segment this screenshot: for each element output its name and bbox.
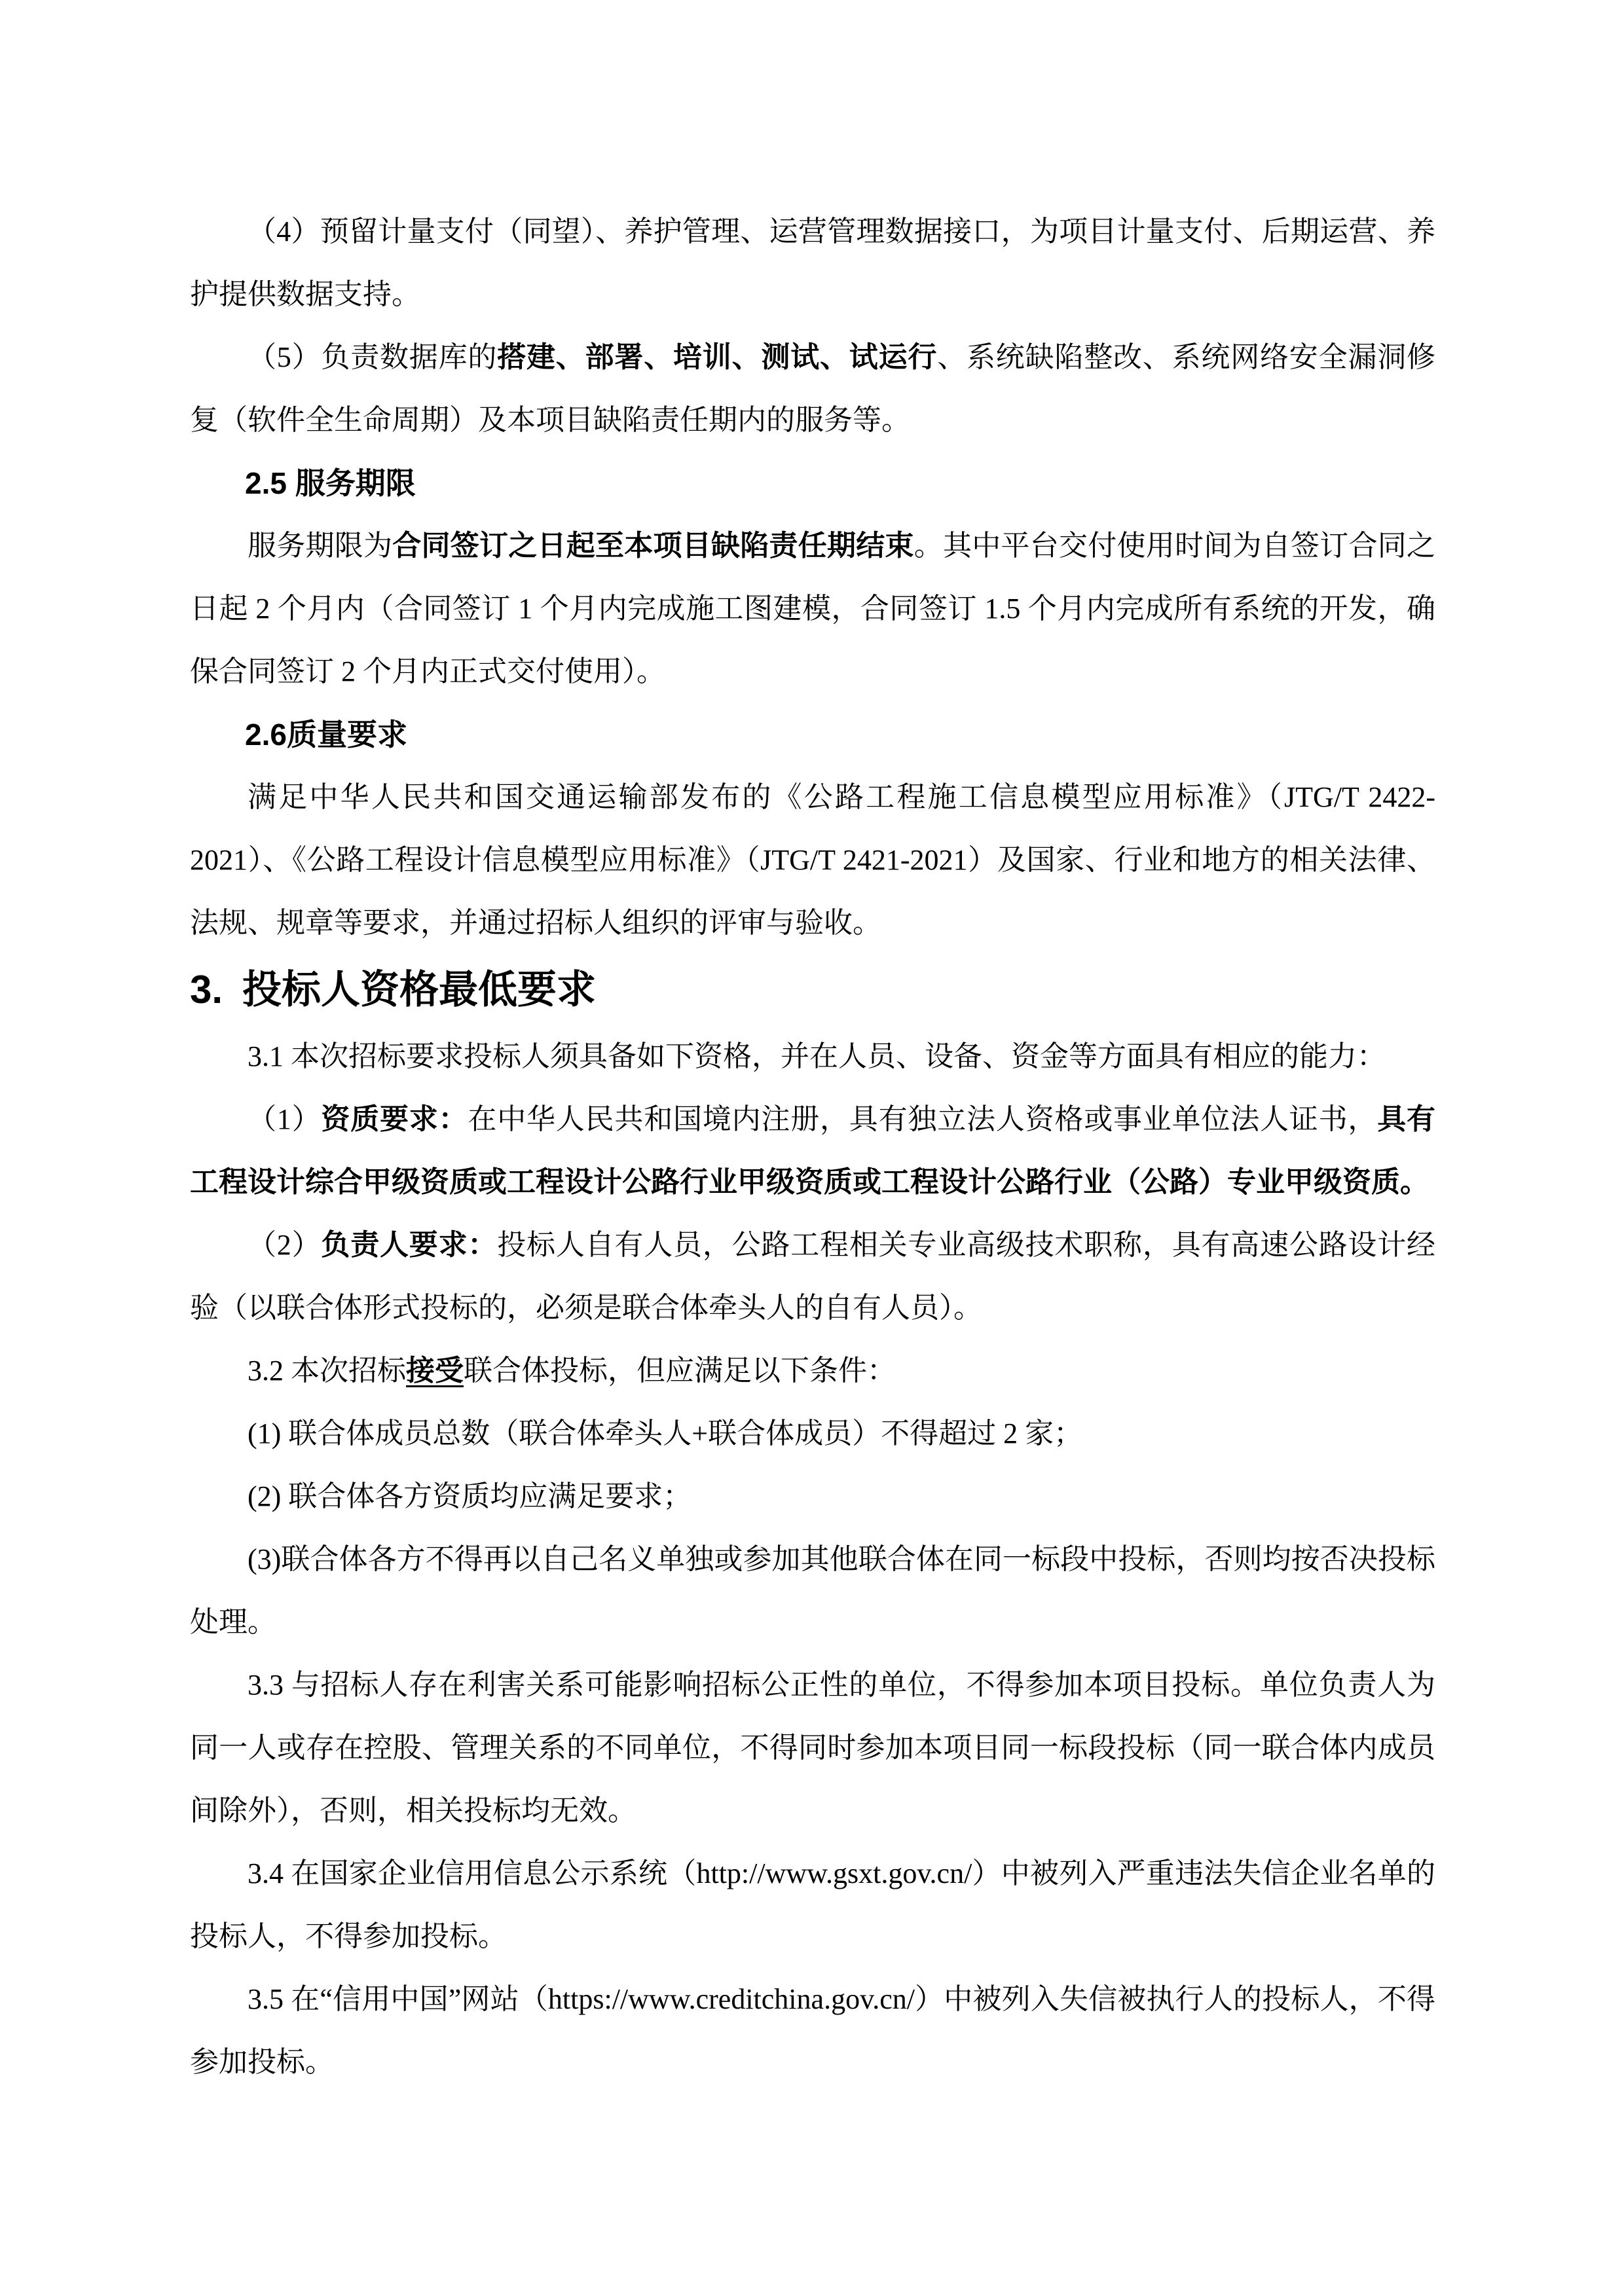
text-run: (3)联合体各方不得再以自己名义单独或参加其他联合体在同一标段中投标，否则均按否…	[190, 1543, 1435, 1638]
para-2-leader-requirement: （2）负责人要求：投标人自有人员，公路工程相关专业高级技术职称，具有高速公路设计…	[190, 1214, 1435, 1339]
heading-3-bidder-qualification: 3.投标人资格最低要求	[190, 955, 1435, 1025]
text-run: （5）负责数据库的	[248, 341, 497, 373]
heading-text: 2.6质量要求	[245, 718, 407, 752]
text-run: 联合体投标，但应满足以下条件：	[464, 1355, 896, 1387]
para-quality-body: 满足中华人民共和国交通运输部发布的《公路工程施工信息模型应用标准》（JTG/T …	[190, 766, 1435, 955]
text-run: 3.5 在“信用中国”网站（https://www.creditchina.go…	[190, 1983, 1435, 2078]
text-run: 服务期限为	[248, 530, 392, 562]
para-4-data-interfaces: （4）预留计量支付（同望）、养护管理、运营管理数据接口，为项目计量支付、后期运营…	[190, 200, 1435, 326]
para-3-4-gsxt-blacklist: 3.4 在国家企业信用信息公示系统（http://www.gsxt.gov.cn…	[190, 1842, 1435, 1968]
text-run: （1）	[248, 1103, 321, 1135]
text-run: 满足中华人民共和国交通运输部发布的《公路工程施工信息模型应用标准》（JTG/T …	[190, 781, 1435, 939]
para-3-5-creditchina-blacklist: 3.5 在“信用中国”网站（https://www.creditchina.go…	[190, 1968, 1435, 2094]
text-run-bold: 负责人要求：	[321, 1229, 497, 1261]
heading-2-5-service-period: 2.5 服务期限	[190, 452, 1435, 515]
text-run-bold: 搭建、部署、培训、测试、试运行	[497, 341, 937, 373]
para-3-1-capability: 3.1 本次招标要求投标人须具备如下资格，并在人员、设备、资金等方面具有相应的能…	[190, 1025, 1435, 1088]
heading-2-6-quality: 2.6质量要求	[190, 703, 1435, 766]
text-run: 3.3 与招标人存在利害关系可能影响招标公正性的单位，不得参加本项目投标。单位负…	[190, 1669, 1435, 1827]
heading-text: 投标人资格最低要求	[242, 968, 596, 1011]
item-3-consortium-restriction: (3)联合体各方不得再以自己名义单独或参加其他联合体在同一标段中投标，否则均按否…	[190, 1528, 1435, 1654]
text-run: 在中华人民共和国境内注册，具有独立法人资格或事业单位法人证书，	[468, 1103, 1377, 1135]
text-run-bold: 资质要求：	[321, 1103, 468, 1135]
heading-text: 2.5 服务期限	[245, 466, 416, 500]
para-3-3-conflict-of-interest: 3.3 与招标人存在利害关系可能影响招标公正性的单位，不得参加本项目投标。单位负…	[190, 1654, 1435, 1842]
text-run: 3.2 本次招标	[248, 1355, 406, 1387]
text-run: (2) 联合体各方资质均应满足要求；	[248, 1480, 692, 1512]
heading-number: 3.	[190, 968, 223, 1011]
para-5-database-services: （5）负责数据库的搭建、部署、培训、测试、试运行、系统缺陷整改、系统网络安全漏洞…	[190, 326, 1435, 452]
para-service-period-body: 服务期限为合同签订之日起至本项目缺陷责任期结束。其中平台交付使用时间为自签订合同…	[190, 515, 1435, 703]
text-run: （2）	[248, 1229, 321, 1261]
text-run-bold: 合同签订之日起至本项目缺陷责任期结束	[392, 530, 914, 562]
text-run: 3.1 本次招标要求投标人须具备如下资格，并在人员、设备、资金等方面具有相应的能…	[248, 1040, 1386, 1072]
text-run: （4）预留计量支付（同望）、养护管理、运营管理数据接口，为项目计量支付、后期运营…	[190, 215, 1435, 310]
text-run-bold-underline: 接受	[406, 1355, 464, 1387]
para-1-qualification-requirement: （1）资质要求：在中华人民共和国境内注册，具有独立法人资格或事业单位法人证书，具…	[190, 1088, 1435, 1214]
item-2-consortium-qualification: (2) 联合体各方资质均应满足要求；	[190, 1465, 1435, 1528]
document-page: （4）预留计量支付（同望）、养护管理、运营管理数据接口，为项目计量支付、后期运营…	[0, 0, 1624, 2296]
text-run: 3.4 在国家企业信用信息公示系统（http://www.gsxt.gov.cn…	[190, 1857, 1435, 1952]
para-3-2-consortium: 3.2 本次招标接受联合体投标，但应满足以下条件：	[190, 1339, 1435, 1402]
item-1-consortium-count: (1) 联合体成员总数（联合体牵头人+联合体成员）不得超过 2 家；	[190, 1402, 1435, 1465]
text-run: (1) 联合体成员总数（联合体牵头人+联合体成员）不得超过 2 家；	[248, 1417, 1082, 1449]
